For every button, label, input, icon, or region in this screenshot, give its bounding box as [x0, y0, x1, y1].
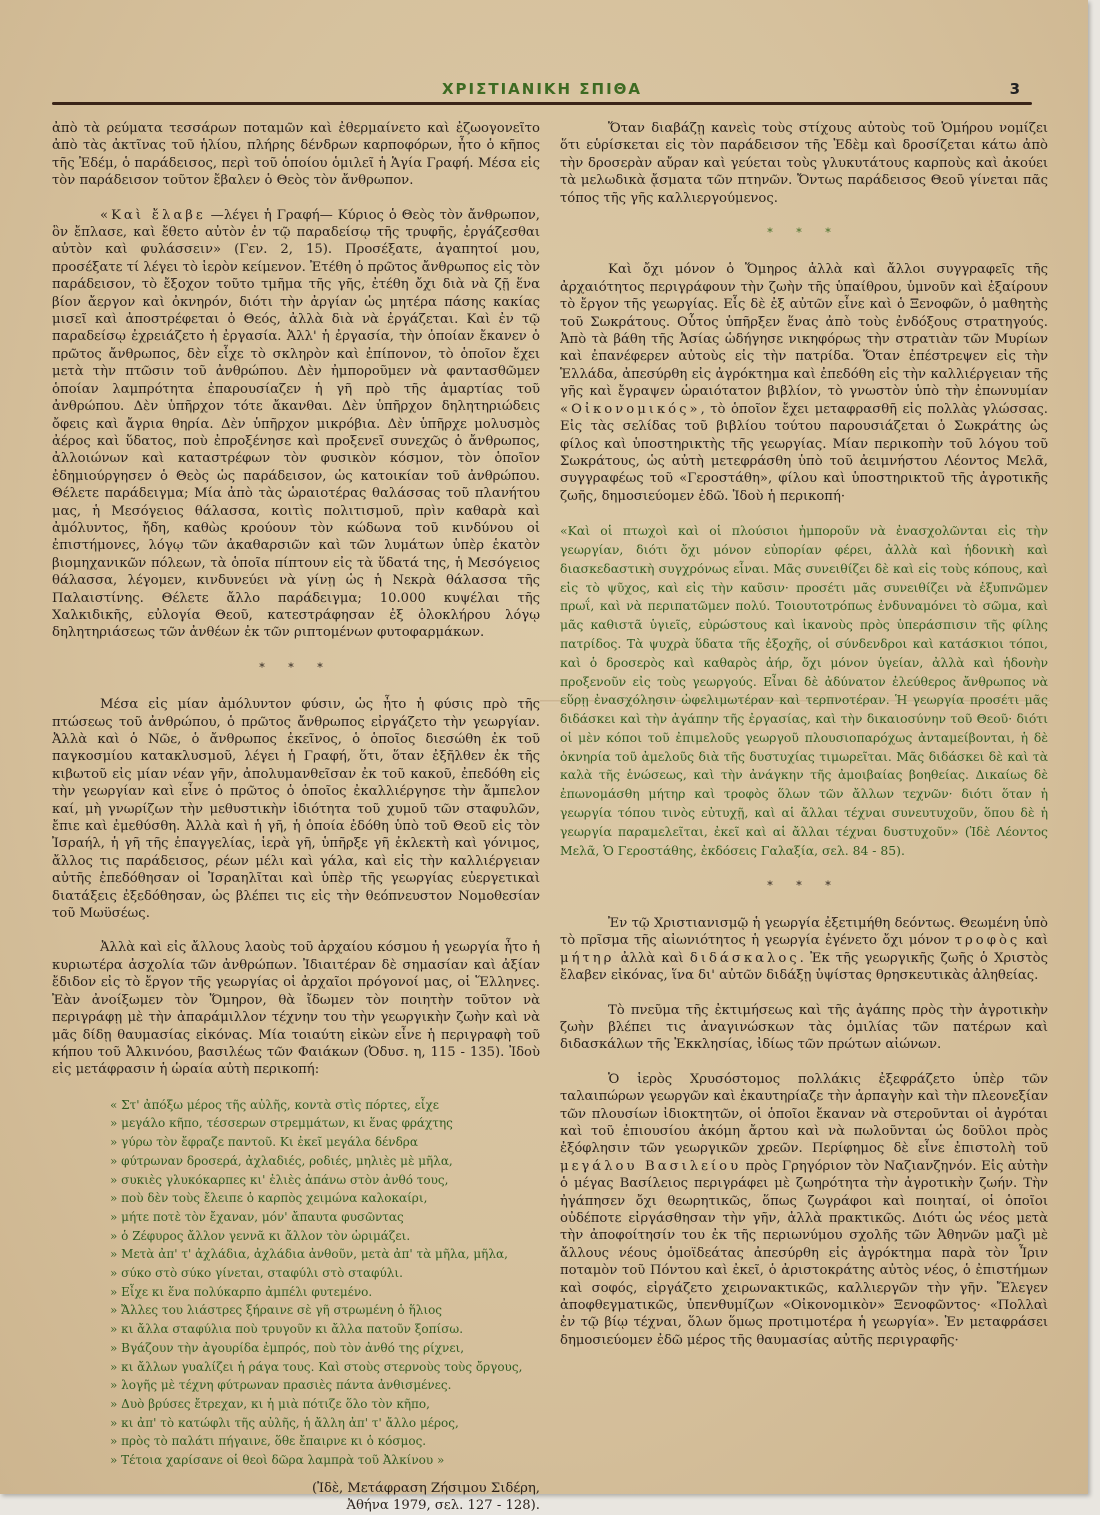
paragraph: ἀπὸ τὰ ρεύματα τεσσάρων ποταμῶν καὶ ἐθερ… — [52, 120, 540, 190]
paragraph-text: ἀλλὰ καὶ — [614, 951, 689, 966]
book-title: «Οἰκονομικός» — [560, 402, 701, 417]
emphasis: διδάσκαλος — [690, 951, 800, 966]
paragraph-text: Καὶ ὄχι μόνον ὁ Ὅμηρος ἀλλὰ καὶ ἄλλοι συ… — [560, 262, 1048, 399]
section-separator: * * * — [560, 877, 1048, 894]
emphasis: μεγάλου Βασιλείου — [560, 1159, 741, 1174]
poem-line: μεγάλο κῆπο, τέσσερων στρεμμάτων, κι ἕνα… — [110, 1114, 540, 1133]
poem-line: Ἄλλες του λιάστρες ξήραινε σὲ γῆ στρωμέν… — [110, 1301, 540, 1320]
poem-line: λογῆς μὲ τέχνη φύτρωναν πρασιὲς πάντα ἀν… — [110, 1376, 540, 1395]
left-column: ἀπὸ τὰ ρεύματα τεσσάρων ποταμῶν καὶ ἐθερ… — [52, 120, 540, 1500]
paragraph: Μέσα εἰς μίαν ἀμόλυντον φύσιν, ὡς ἦτο ἡ … — [52, 696, 540, 922]
emphasis: μήτηρ — [560, 951, 614, 966]
page-header: ΧΡΙΣΤΙΑΝΙΚΗ ΣΠΙΘΑ 3 — [52, 80, 1032, 102]
paragraph: Ἀλλὰ καὶ εἰς ἄλλους λαοὺς τοῦ ἀρχαίου κό… — [52, 939, 540, 1078]
poem-line: κι ἄλλων γυαλίζει ἡ ράγα τους. Καὶ στοὺς… — [110, 1358, 540, 1377]
paragraph: Ὁ ἱερὸς Χρυσόστομος πολλάκις ἐξεφράζετο … — [560, 1071, 1048, 1350]
right-column: Ὅταν διαβάζῃ κανεὶς τοὺς στίχους αὐτοὺς … — [560, 120, 1048, 1366]
xenophon-quote: «Καὶ οἱ πτωχοὶ καὶ οἱ πλούσιοι ἠμποροῦν … — [560, 522, 1048, 860]
poem-quote: Στ' ἀπόξω μέρος τῆς αὐλῆς, κοντὰ στὶς πό… — [110, 1096, 540, 1470]
poem-line: κι ἀπ' τὸ κατώφλι τῆς αὐλῆς, ἡ ἄλλη ἀπ' … — [110, 1414, 540, 1433]
poem-line: Στ' ἀπόξω μέρος τῆς αὐλῆς, κοντὰ στὶς πό… — [110, 1096, 540, 1115]
paragraph: Τὸ πνεῦμα τῆς ἐκτιμήσεως καὶ τῆς ἀγάπης … — [560, 1002, 1048, 1054]
paragraph: Ἐν τῷ Χριστιανισμῷ ἡ γεωργία ἐξετιμήθη δ… — [560, 915, 1048, 985]
poem-line: Μετὰ ἀπ' τ' ἀχλάδια, ἀχλάδια ἀνθοῦν, μετ… — [110, 1245, 540, 1264]
header-rule — [52, 102, 1032, 105]
poem-citation: (Ἰδὲ, Μετάφραση Ζήσιμου Σιδέρη, Ἀθήνα 19… — [52, 1480, 540, 1500]
poem-line: μήτε ποτὲ τὸν ἔχαναν, μόν' ἄπαυτα φυσῶντ… — [110, 1208, 540, 1227]
poem-line: πρὸς τὸ παλάτι πήγαινε, ὅθε ἔπαιρνε κι ὁ… — [110, 1432, 540, 1451]
paragraph-text: πρὸς Γρηγόριον τὸν Ναζιανζηνόν. Εἰς αὐτὴ… — [560, 1159, 1048, 1348]
paragraph: Ὅταν διαβάζῃ κανεὶς τοὺς στίχους αὐτοὺς … — [560, 120, 1048, 207]
poem-line: φύτρωναν δροσερά, ἀχλαδιές, ροδιές, μηλι… — [110, 1152, 540, 1171]
newspaper-title: ΧΡΙΣΤΙΑΝΙΚΗ ΣΠΙΘΑ — [52, 80, 1032, 98]
newspaper-page: ΧΡΙΣΤΙΑΝΙΚΗ ΣΠΙΘΑ 3 ἀπὸ τὰ ρεύματα τεσσά… — [0, 0, 1088, 1494]
paragraph-text: καὶ — [1020, 933, 1048, 948]
poem-line: Δυὸ βρύσες ἔτρεχαν, κι ἡ μιὰ πότιζε ὅλο … — [110, 1395, 540, 1414]
emphasis: «Καὶ ἔλαβε — [100, 208, 206, 223]
paragraph: Καὶ ὄχι μόνον ὁ Ὅμηρος ἀλλὰ καὶ ἄλλοι συ… — [560, 261, 1048, 505]
paragraph-text: Ὁ ἱερὸς Χρυσόστομος πολλάκις ἐξεφράζετο … — [560, 1072, 1048, 1157]
poem-line: σύκο στὸ σύκο γίνεται, σταφύλι στὸ σταφύ… — [110, 1264, 540, 1283]
poem-line: κι ἄλλα σταφύλια ποὺ τρυγοῦν κι ἄλλα πατ… — [110, 1320, 540, 1339]
section-separator: * * * — [52, 659, 540, 676]
poem-line: ποὺ δὲν τοὺς ἔλειπε ὁ καρπὸς χειμώνα καλ… — [110, 1189, 540, 1208]
poem-line: συκιὲς γλυκόκαρπες κι' ἐλιὲς ἀπάνω στὸν … — [110, 1171, 540, 1190]
poem-line: Τέτοια χαρίσανε οἱ θεοὶ δῶρα λαμπρὰ τοῦ … — [110, 1451, 540, 1470]
page-number: 3 — [1010, 80, 1020, 98]
paragraph-text: —λέγει ἡ Γραφή— Κύριος ὁ Θεὸς τὸν ἄνθρωπ… — [52, 208, 540, 641]
poem-line: Βγάζουν τὴν ἀγουρίδα ἐμπρός, ποὺ τὸν ἀνθ… — [110, 1339, 540, 1358]
paragraph: «Καὶ ἔλαβε —λέγει ἡ Γραφή— Κύριος ὁ Θεὸς… — [52, 207, 540, 642]
citation-line: (Ἰδὲ, Μετάφραση Ζήσιμου Σιδέρη, — [52, 1480, 540, 1497]
poem-line: Εἶχε κι ἕνα πολύκαρπο ἀμπέλι φυτεμένο. — [110, 1283, 540, 1302]
poem-line: ὁ Ζέφυρος ἄλλον γεννᾶ κι ἄλλον τὸν ὡριμά… — [110, 1227, 540, 1246]
emphasis: τροφὸς — [955, 933, 1021, 948]
section-separator: * * * — [560, 224, 1048, 241]
poem-line: γύρω τὸν ἔφραζε παντοῦ. Κι ἐκεῖ μεγάλα δ… — [110, 1133, 540, 1152]
